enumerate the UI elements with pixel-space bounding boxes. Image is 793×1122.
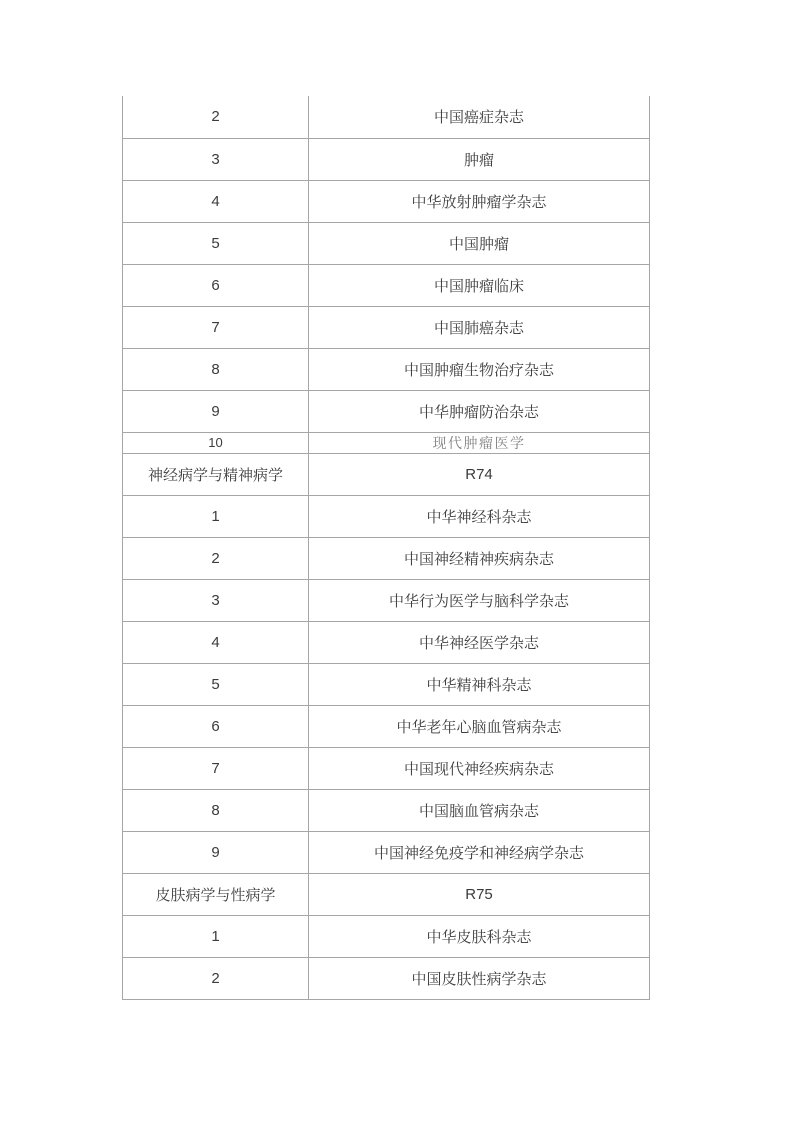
journal-row: 2中国神经精神疾病杂志 (123, 537, 650, 579)
journal-name-cell: 中华行为医学与脑科学杂志 (309, 579, 650, 621)
journal-table-body: 2中国癌症杂志3肿瘤4中华放射肿瘤学杂志5中国肿瘤6中国肿瘤临床7中国肺癌杂志8… (123, 96, 650, 999)
journal-row: 3中华行为医学与脑科学杂志 (123, 579, 650, 621)
rank-cell: 6 (123, 705, 309, 747)
rank-cell: 4 (123, 180, 309, 222)
rank-cell: 1 (123, 915, 309, 957)
journal-row: 6中国肿瘤临床 (123, 264, 650, 306)
journal-row: 2中国癌症杂志 (123, 96, 650, 138)
journal-name-cell: 中国癌症杂志 (309, 96, 650, 138)
journal-name-cell: 中国肿瘤临床 (309, 264, 650, 306)
journal-row: 7中国肺癌杂志 (123, 306, 650, 348)
rank-cell: 9 (123, 831, 309, 873)
journal-row: 10现代肿瘤医学 (123, 432, 650, 453)
rank-cell: 2 (123, 96, 309, 138)
journal-name-cell: 中国肿瘤 (309, 222, 650, 264)
journal-name-cell: 中国神经免疫学和神经病学杂志 (309, 831, 650, 873)
rank-cell: 6 (123, 264, 309, 306)
journal-name-cell: 中华神经科杂志 (309, 495, 650, 537)
journal-name-cell: 肿瘤 (309, 138, 650, 180)
journal-name-cell: 中华神经医学杂志 (309, 621, 650, 663)
rank-cell: 1 (123, 495, 309, 537)
journal-row: 5中华精神科杂志 (123, 663, 650, 705)
rank-cell: 5 (123, 222, 309, 264)
rank-cell: 2 (123, 957, 309, 999)
journal-table: 2中国癌症杂志3肿瘤4中华放射肿瘤学杂志5中国肿瘤6中国肿瘤临床7中国肺癌杂志8… (122, 96, 650, 1000)
journal-name-cell: 中国肿瘤生物治疗杂志 (309, 348, 650, 390)
journal-name-cell: 中华老年心脑血管病杂志 (309, 705, 650, 747)
rank-cell: 7 (123, 747, 309, 789)
category-row: 神经病学与精神病学R74 (123, 453, 650, 495)
journal-row: 1中华神经科杂志 (123, 495, 650, 537)
journal-name-cell: 中国皮肤性病学杂志 (309, 957, 650, 999)
journal-name-cell: 中华放射肿瘤学杂志 (309, 180, 650, 222)
journal-name-cell: 中国脑血管病杂志 (309, 789, 650, 831)
rank-cell: 5 (123, 663, 309, 705)
rank-cell: 9 (123, 390, 309, 432)
rank-cell: 8 (123, 789, 309, 831)
journal-row: 2中国皮肤性病学杂志 (123, 957, 650, 999)
category-code-cell: R75 (309, 873, 650, 915)
journal-row: 3肿瘤 (123, 138, 650, 180)
journal-name-cell: 现代肿瘤医学 (309, 432, 650, 453)
rank-cell: 2 (123, 537, 309, 579)
journal-row: 8中国脑血管病杂志 (123, 789, 650, 831)
rank-cell: 3 (123, 579, 309, 621)
journal-row: 5中国肿瘤 (123, 222, 650, 264)
journal-row: 8中国肿瘤生物治疗杂志 (123, 348, 650, 390)
journal-name-cell: 中国现代神经疾病杂志 (309, 747, 650, 789)
rank-cell: 7 (123, 306, 309, 348)
journal-row: 9中华肿瘤防治杂志 (123, 390, 650, 432)
rank-cell: 8 (123, 348, 309, 390)
journal-name-cell: 中国肺癌杂志 (309, 306, 650, 348)
journal-row: 4中华神经医学杂志 (123, 621, 650, 663)
journal-name-cell: 中华精神科杂志 (309, 663, 650, 705)
journal-row: 9中国神经免疫学和神经病学杂志 (123, 831, 650, 873)
journal-row: 1中华皮肤科杂志 (123, 915, 650, 957)
journal-name-cell: 中华皮肤科杂志 (309, 915, 650, 957)
rank-cell: 10 (123, 432, 309, 453)
rank-cell: 4 (123, 621, 309, 663)
category-name-cell: 神经病学与精神病学 (123, 453, 309, 495)
journal-name-cell: 中华肿瘤防治杂志 (309, 390, 650, 432)
journal-row: 6中华老年心脑血管病杂志 (123, 705, 650, 747)
document-page: 2中国癌症杂志3肿瘤4中华放射肿瘤学杂志5中国肿瘤6中国肿瘤临床7中国肺癌杂志8… (0, 0, 793, 1122)
journal-name-cell: 中国神经精神疾病杂志 (309, 537, 650, 579)
rank-cell: 3 (123, 138, 309, 180)
category-code-cell: R74 (309, 453, 650, 495)
category-name-cell: 皮肤病学与性病学 (123, 873, 309, 915)
journal-row: 7中国现代神经疾病杂志 (123, 747, 650, 789)
journal-row: 4中华放射肿瘤学杂志 (123, 180, 650, 222)
category-row: 皮肤病学与性病学R75 (123, 873, 650, 915)
